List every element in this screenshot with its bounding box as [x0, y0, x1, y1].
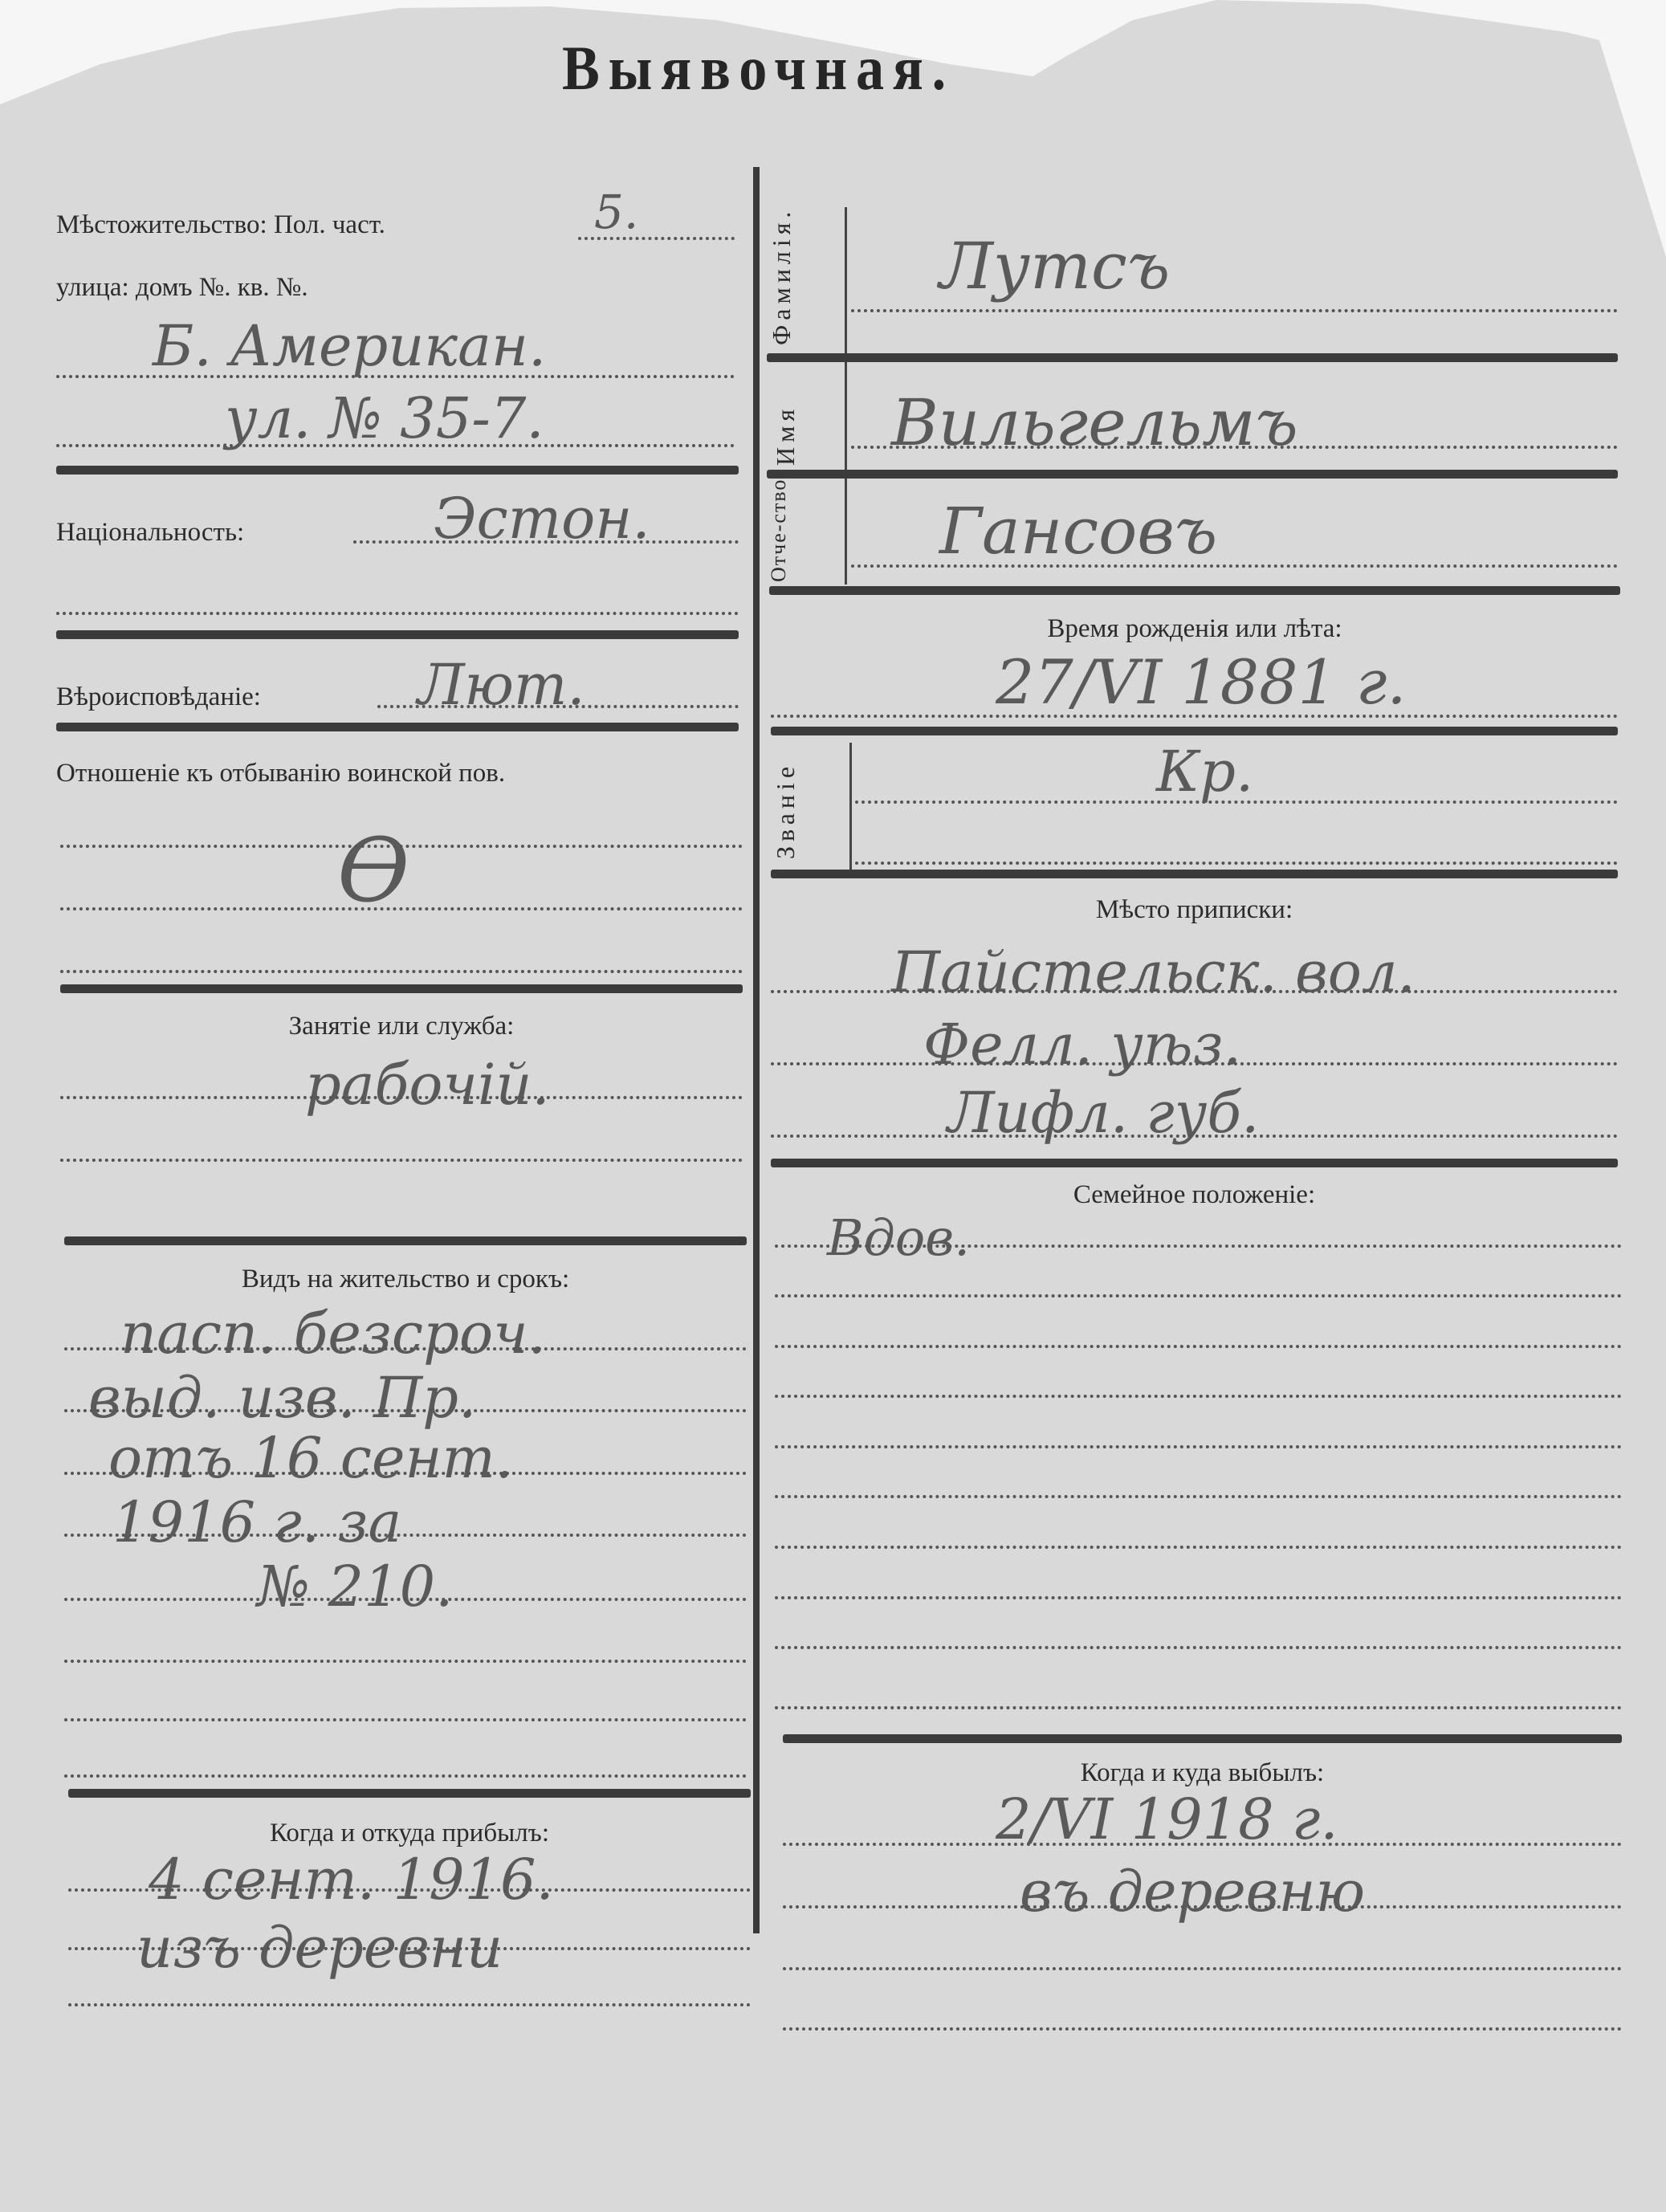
field-line: [775, 1546, 1622, 1549]
arrival-line-1[interactable]: 4 сент. 1916.: [149, 1847, 554, 1913]
military-service-value[interactable]: Ѳ: [337, 819, 409, 922]
section-divider: [767, 470, 1618, 479]
residence-permit-line-1[interactable]: пасп. безсроч.: [120, 1301, 546, 1367]
field-line: [775, 1596, 1622, 1599]
registration-line-1[interactable]: Пайстельск. вол.: [891, 939, 1415, 1005]
field-line: [851, 446, 1618, 449]
field-line: [60, 1096, 743, 1099]
section-divider: [769, 586, 1620, 595]
section-divider: [771, 1159, 1618, 1167]
field-line: [855, 800, 1618, 804]
field-line: [851, 309, 1618, 312]
birth-value[interactable]: 27/VI 1881 г.: [996, 646, 1407, 718]
field-line: [771, 1062, 1618, 1065]
section-divider: [68, 1789, 751, 1798]
section-divider: [771, 870, 1618, 878]
first-name-label: Имя: [771, 405, 800, 466]
residence-permit-label: Видъ на жительство и срокъ:: [64, 1265, 747, 1294]
section-divider: [771, 727, 1618, 735]
field-line: [60, 845, 743, 848]
marital-status-value[interactable]: Вдов.: [827, 1208, 970, 1267]
field-line: [56, 612, 739, 615]
field-line: [851, 564, 1618, 568]
field-line: [771, 990, 1618, 993]
birth-label: Время рожденія или лѣта:: [769, 614, 1620, 644]
field-line: [775, 1445, 1622, 1448]
status-value[interactable]: Кр.: [1156, 739, 1253, 805]
nationality-label: Національность:: [56, 518, 244, 548]
registration-label: Мѣсто приписки:: [771, 895, 1618, 925]
label-gutter-line: [845, 207, 847, 585]
section-divider: [783, 1734, 1622, 1743]
residence-permit-line-2[interactable]: выд. изв. Пр.: [88, 1365, 476, 1431]
registration-line-2[interactable]: Фелл. уѣз.: [923, 1012, 1241, 1077]
section-divider: [56, 630, 739, 639]
surname-value[interactable]: Лутсъ: [939, 229, 1170, 303]
field-line: [68, 2003, 751, 2006]
field-line: [64, 1347, 747, 1350]
column-divider: [753, 167, 760, 1933]
field-line: [56, 375, 735, 378]
label-gutter-line: [849, 743, 852, 871]
section-divider: [64, 1236, 747, 1245]
field-line: [64, 1718, 747, 1721]
military-service-label: Отношеніе къ отбыванію воинской пов.: [56, 759, 505, 788]
departure-label: Когда и куда выбылъ:: [783, 1758, 1622, 1788]
field-line: [775, 1706, 1622, 1709]
police-district-value[interactable]: 5.: [594, 185, 638, 239]
religion-label: Вѣроисповѣданіе:: [56, 682, 261, 712]
residence-permit-line-3[interactable]: отъ 16 сент.: [108, 1425, 513, 1491]
field-line: [855, 862, 1618, 865]
occupation-label: Занятіе или служба:: [60, 1012, 743, 1041]
surname-label: Фамилія.: [767, 207, 796, 345]
field-line: [64, 1660, 747, 1663]
field-line: [64, 1598, 747, 1601]
field-line: [64, 1774, 747, 1778]
field-line: [68, 1888, 751, 1892]
status-label: Званіе: [771, 762, 800, 859]
field-line: [68, 1947, 751, 1950]
residence-permit-line-5[interactable]: № 210.: [257, 1554, 453, 1619]
address-line-2[interactable]: ул. № 35-7.: [225, 385, 544, 451]
section-divider: [56, 723, 739, 731]
field-line: [775, 1294, 1622, 1297]
field-line: [771, 1135, 1618, 1138]
nationality-value[interactable]: Эстон.: [434, 486, 650, 552]
field-line: [60, 907, 743, 910]
section-divider: [767, 353, 1618, 362]
field-line: [60, 1159, 743, 1162]
field-line: [64, 1409, 747, 1412]
field-line: [775, 1646, 1622, 1649]
field-line: [783, 2027, 1622, 2031]
field-line: [771, 715, 1618, 718]
field-line: [60, 970, 743, 973]
field-line: [56, 444, 735, 447]
section-divider: [56, 466, 739, 475]
arrival-label: Когда и откуда прибылъ:: [68, 1819, 751, 1848]
field-line: [783, 1843, 1622, 1846]
marital-status-label: Семейное положеніе:: [771, 1180, 1618, 1210]
patronymic-label: Отче-ство: [767, 478, 791, 582]
field-line: [64, 1534, 747, 1537]
first-name-value[interactable]: Вильгельмъ: [891, 385, 1298, 460]
field-line: [783, 1905, 1622, 1909]
field-line: [783, 1967, 1622, 1970]
document-title: Выявочная.: [562, 32, 1140, 104]
field-line: [64, 1472, 747, 1475]
field-line: [775, 1395, 1622, 1398]
section-divider: [60, 984, 743, 993]
field-line: [775, 1345, 1622, 1348]
address-line-1[interactable]: Б. Американ.: [153, 313, 546, 379]
religion-value[interactable]: Лют.: [418, 652, 585, 718]
patronymic-value[interactable]: Гансовъ: [939, 494, 1217, 568]
residence-permit-line-4[interactable]: 1916 г. за: [112, 1489, 401, 1555]
departure-line-2[interactable]: въ деревню: [1020, 1859, 1365, 1925]
street-label: улица: домъ №. кв. №.: [56, 273, 308, 303]
field-line: [775, 1245, 1622, 1248]
occupation-value[interactable]: рабочій.: [305, 1052, 550, 1118]
residence-label: Мѣстожительство: Пол. част.: [56, 210, 385, 240]
field-line: [775, 1495, 1622, 1498]
